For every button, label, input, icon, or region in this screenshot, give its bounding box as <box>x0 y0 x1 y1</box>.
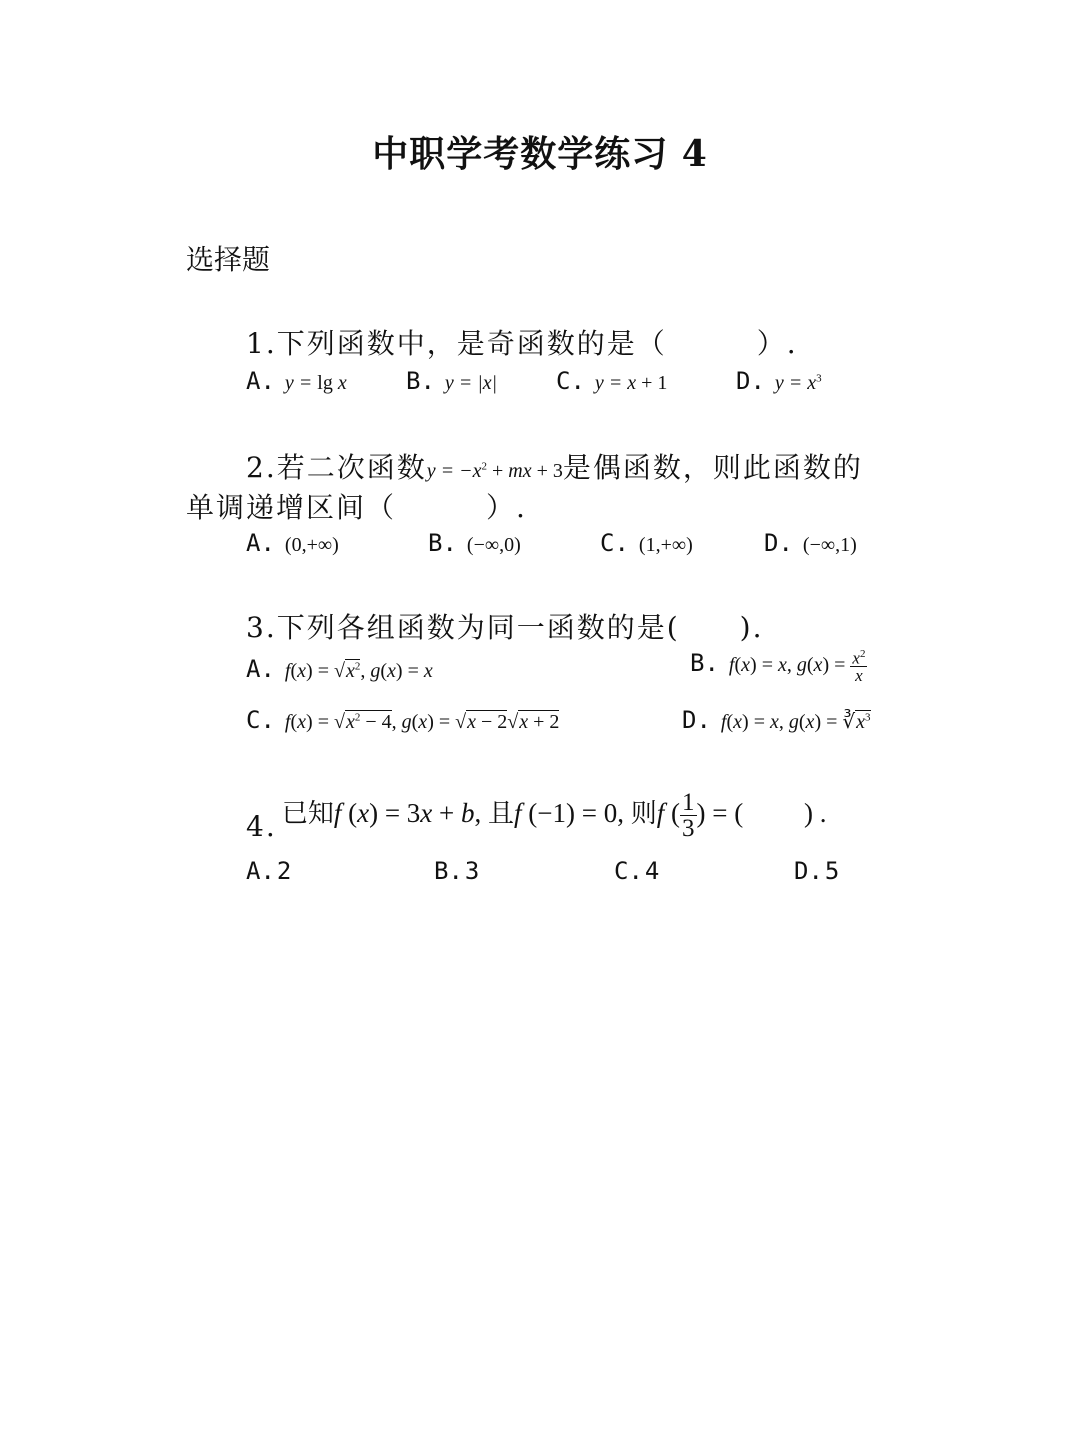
section-heading: 选择题 <box>186 238 270 278</box>
question-2-stem-line2: 单调递增区间（ ）. <box>186 486 527 526</box>
q1-option-a: A.y = lg x <box>246 366 347 396</box>
q3-option-d: D.f(x) = x, g(x) = ∛x3 <box>682 705 871 735</box>
q3-option-d-expr: f(x) = x, g(x) = ∛x3 <box>721 710 871 733</box>
q2-option-b: B.(−∞,0) <box>428 528 521 558</box>
q1-option-b: B.y = |x| <box>406 366 497 396</box>
q3-option-b: B.f(x) = x, g(x) = x2x <box>690 648 867 684</box>
q1-option-d-expr: y = x3 <box>775 372 822 394</box>
q2-option-c: C.(1,+∞) <box>600 528 693 558</box>
q1-option-d: D.y = x3 <box>736 366 822 396</box>
q4-option-d: D.5 <box>794 856 849 886</box>
q4-option-c: C.4 <box>614 856 669 886</box>
q2-formula: y = −x2 + mx + 3 <box>427 460 563 482</box>
question-1-stem: 1.下列函数中，是奇函数的是（ ）. <box>246 322 798 362</box>
question-3-stem: 3.下列各组函数为同一函数的是( ). <box>246 606 763 646</box>
q4-option-a: A.2 <box>246 856 301 886</box>
q4-formula: 已知f (x) = 3x + b, 且f (−1) = 0, 则f (13) =… <box>282 798 827 828</box>
page-title: 中职学考数学练习 4 <box>0 126 1080 177</box>
q3-option-c-expr: f(x) = √x2 − 4, g(x) = √x − 2√x + 2 <box>285 710 560 733</box>
q1-option-a-expr: y = lg x <box>285 372 347 394</box>
q4-option-b: B.3 <box>434 856 489 886</box>
q1-option-b-expr: y = |x| <box>445 372 497 394</box>
q1-option-c-expr: y = x + 1 <box>595 372 668 394</box>
q2-option-d: D.(−∞,1) <box>764 528 857 558</box>
q3-option-a: A.f(x) = √x2, g(x) = x <box>246 654 433 684</box>
q3-option-c: C.f(x) = √x2 − 4, g(x) = √x − 2√x + 2 <box>246 705 559 735</box>
question-2-stem-line1: 2.若二次函数y = −x2 + mx + 3是偶函数，则此函数的 <box>246 446 863 486</box>
q3-option-b-expr: f(x) = x, g(x) = x2x <box>729 654 868 676</box>
q2-option-a: A.(0,+∞) <box>246 528 339 558</box>
question-4-stem: 4. 已知f (x) = 3x + b, 且f (−1) = 0, 则f (13… <box>246 790 826 841</box>
q1-option-c: C.y = x + 1 <box>556 366 667 396</box>
q3-option-a-expr: f(x) = √x2, g(x) = x <box>285 659 433 682</box>
